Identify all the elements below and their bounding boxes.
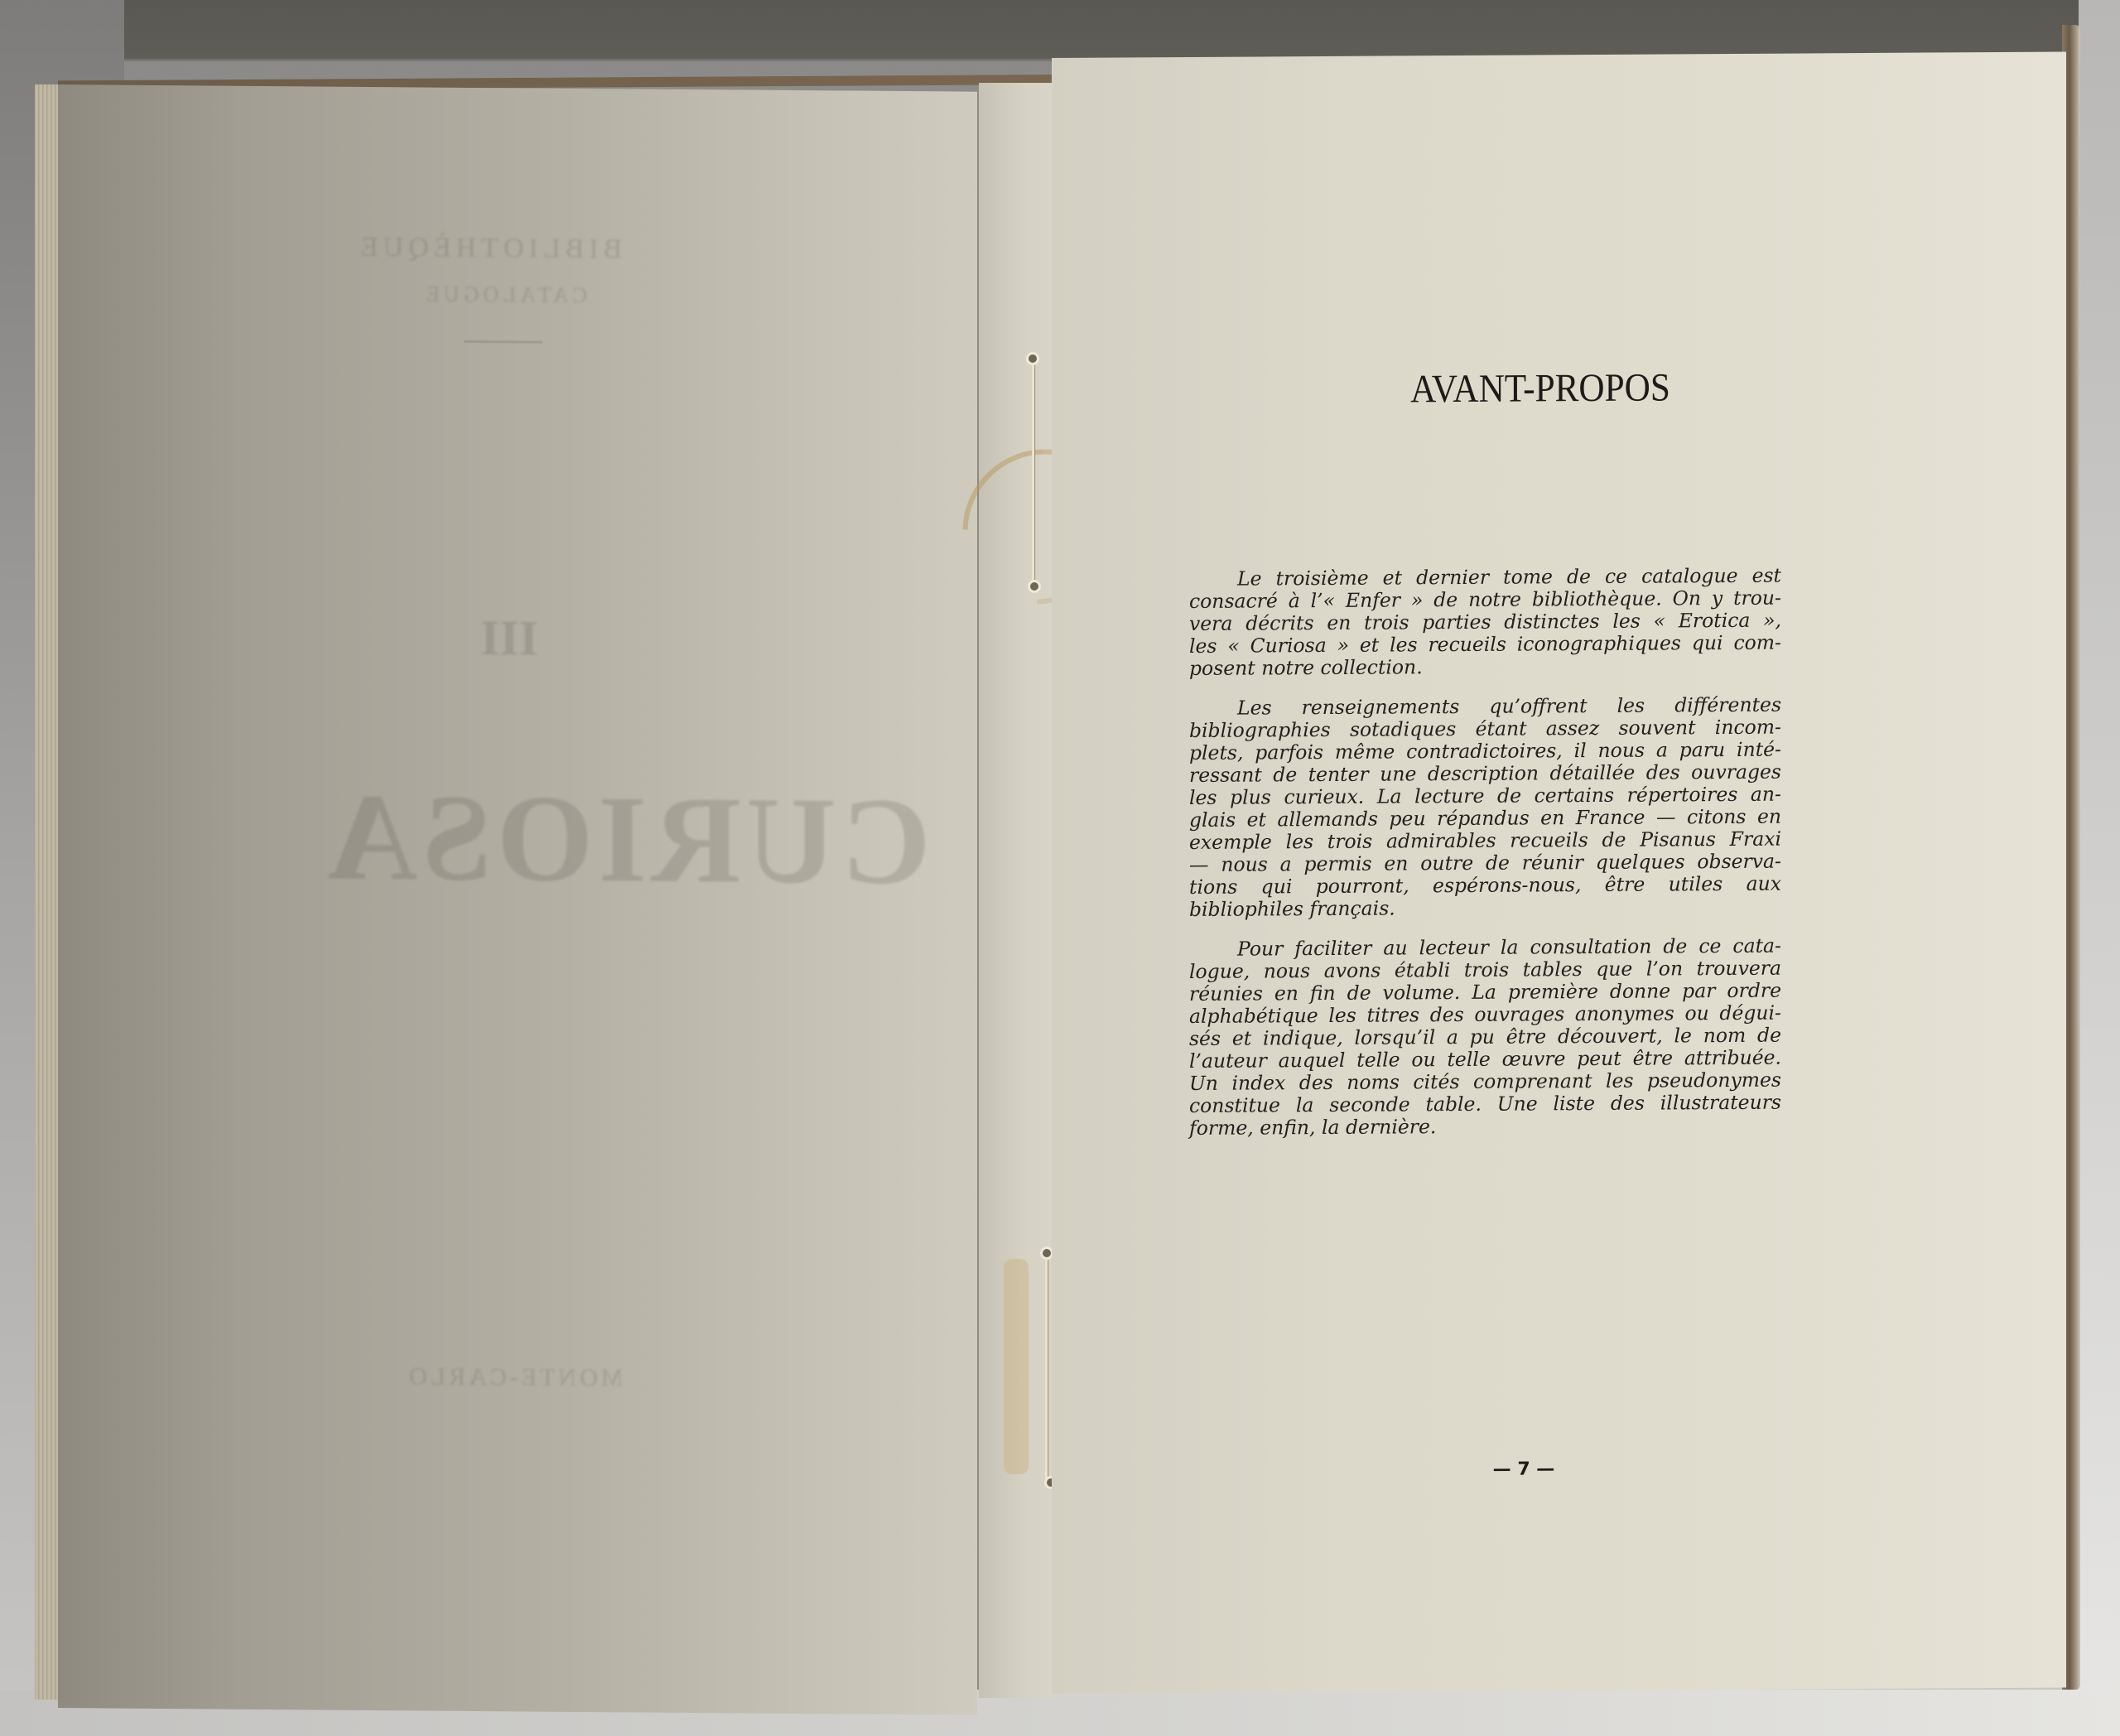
show-through-rule (464, 340, 542, 344)
right-page: AVANT-PROPOS Le troisième et dernier tom… (1052, 52, 2066, 1694)
background-right (2079, 0, 2120, 1736)
left-page: BIBLIOTHÈQUE CATALOGUE III CURIOSA MONTE… (58, 84, 977, 1715)
text-line: les « Curiosa » et les recueils iconogra… (1189, 632, 1781, 658)
binding-thread-bottom (1045, 1251, 1048, 1483)
show-through-footer: MONTE-CARLO (406, 1362, 623, 1392)
text-line: bibliophiles français. (1189, 895, 1781, 921)
show-through-volume-marker: III (480, 610, 538, 668)
glue-stain-bottom (1004, 1259, 1029, 1474)
binding-thread-top (1032, 356, 1034, 588)
text-line: forme, enfin, la dernière. (1189, 1114, 1781, 1140)
text-line: posent notre collection. (1189, 654, 1781, 680)
stitch-hole-icon (1030, 582, 1038, 591)
body-text: Le troisième et dernier tome de ce catal… (1189, 565, 1781, 1157)
paragraph-2: Les renseignements qu’offrent les différ… (1189, 694, 1781, 921)
paragraph-1: Le troisième et dernier tome de ce catal… (1189, 565, 1781, 680)
show-through-header-2: CATALOGUE (422, 282, 587, 308)
text-line: constitue la seconde table. Une liste de… (1189, 1092, 1781, 1117)
stitch-hole-icon (1043, 1249, 1051, 1257)
stitch-hole-icon (1029, 354, 1037, 363)
text-line: tions qui pourront, espérons-nous, être … (1189, 873, 1781, 899)
page-fold-line (977, 91, 979, 1690)
paragraph-3: Pour faciliter au lecteur la consultatio… (1189, 935, 1781, 1140)
page-stack-edge (35, 84, 60, 1700)
page-number: — 7 — (1441, 1459, 1607, 1480)
show-through-header-1: BIBLIOTHÈQUE (356, 232, 622, 266)
show-through-title: CURIOSA (323, 766, 931, 914)
page-heading: AVANT-PROPOS (1354, 364, 1727, 412)
